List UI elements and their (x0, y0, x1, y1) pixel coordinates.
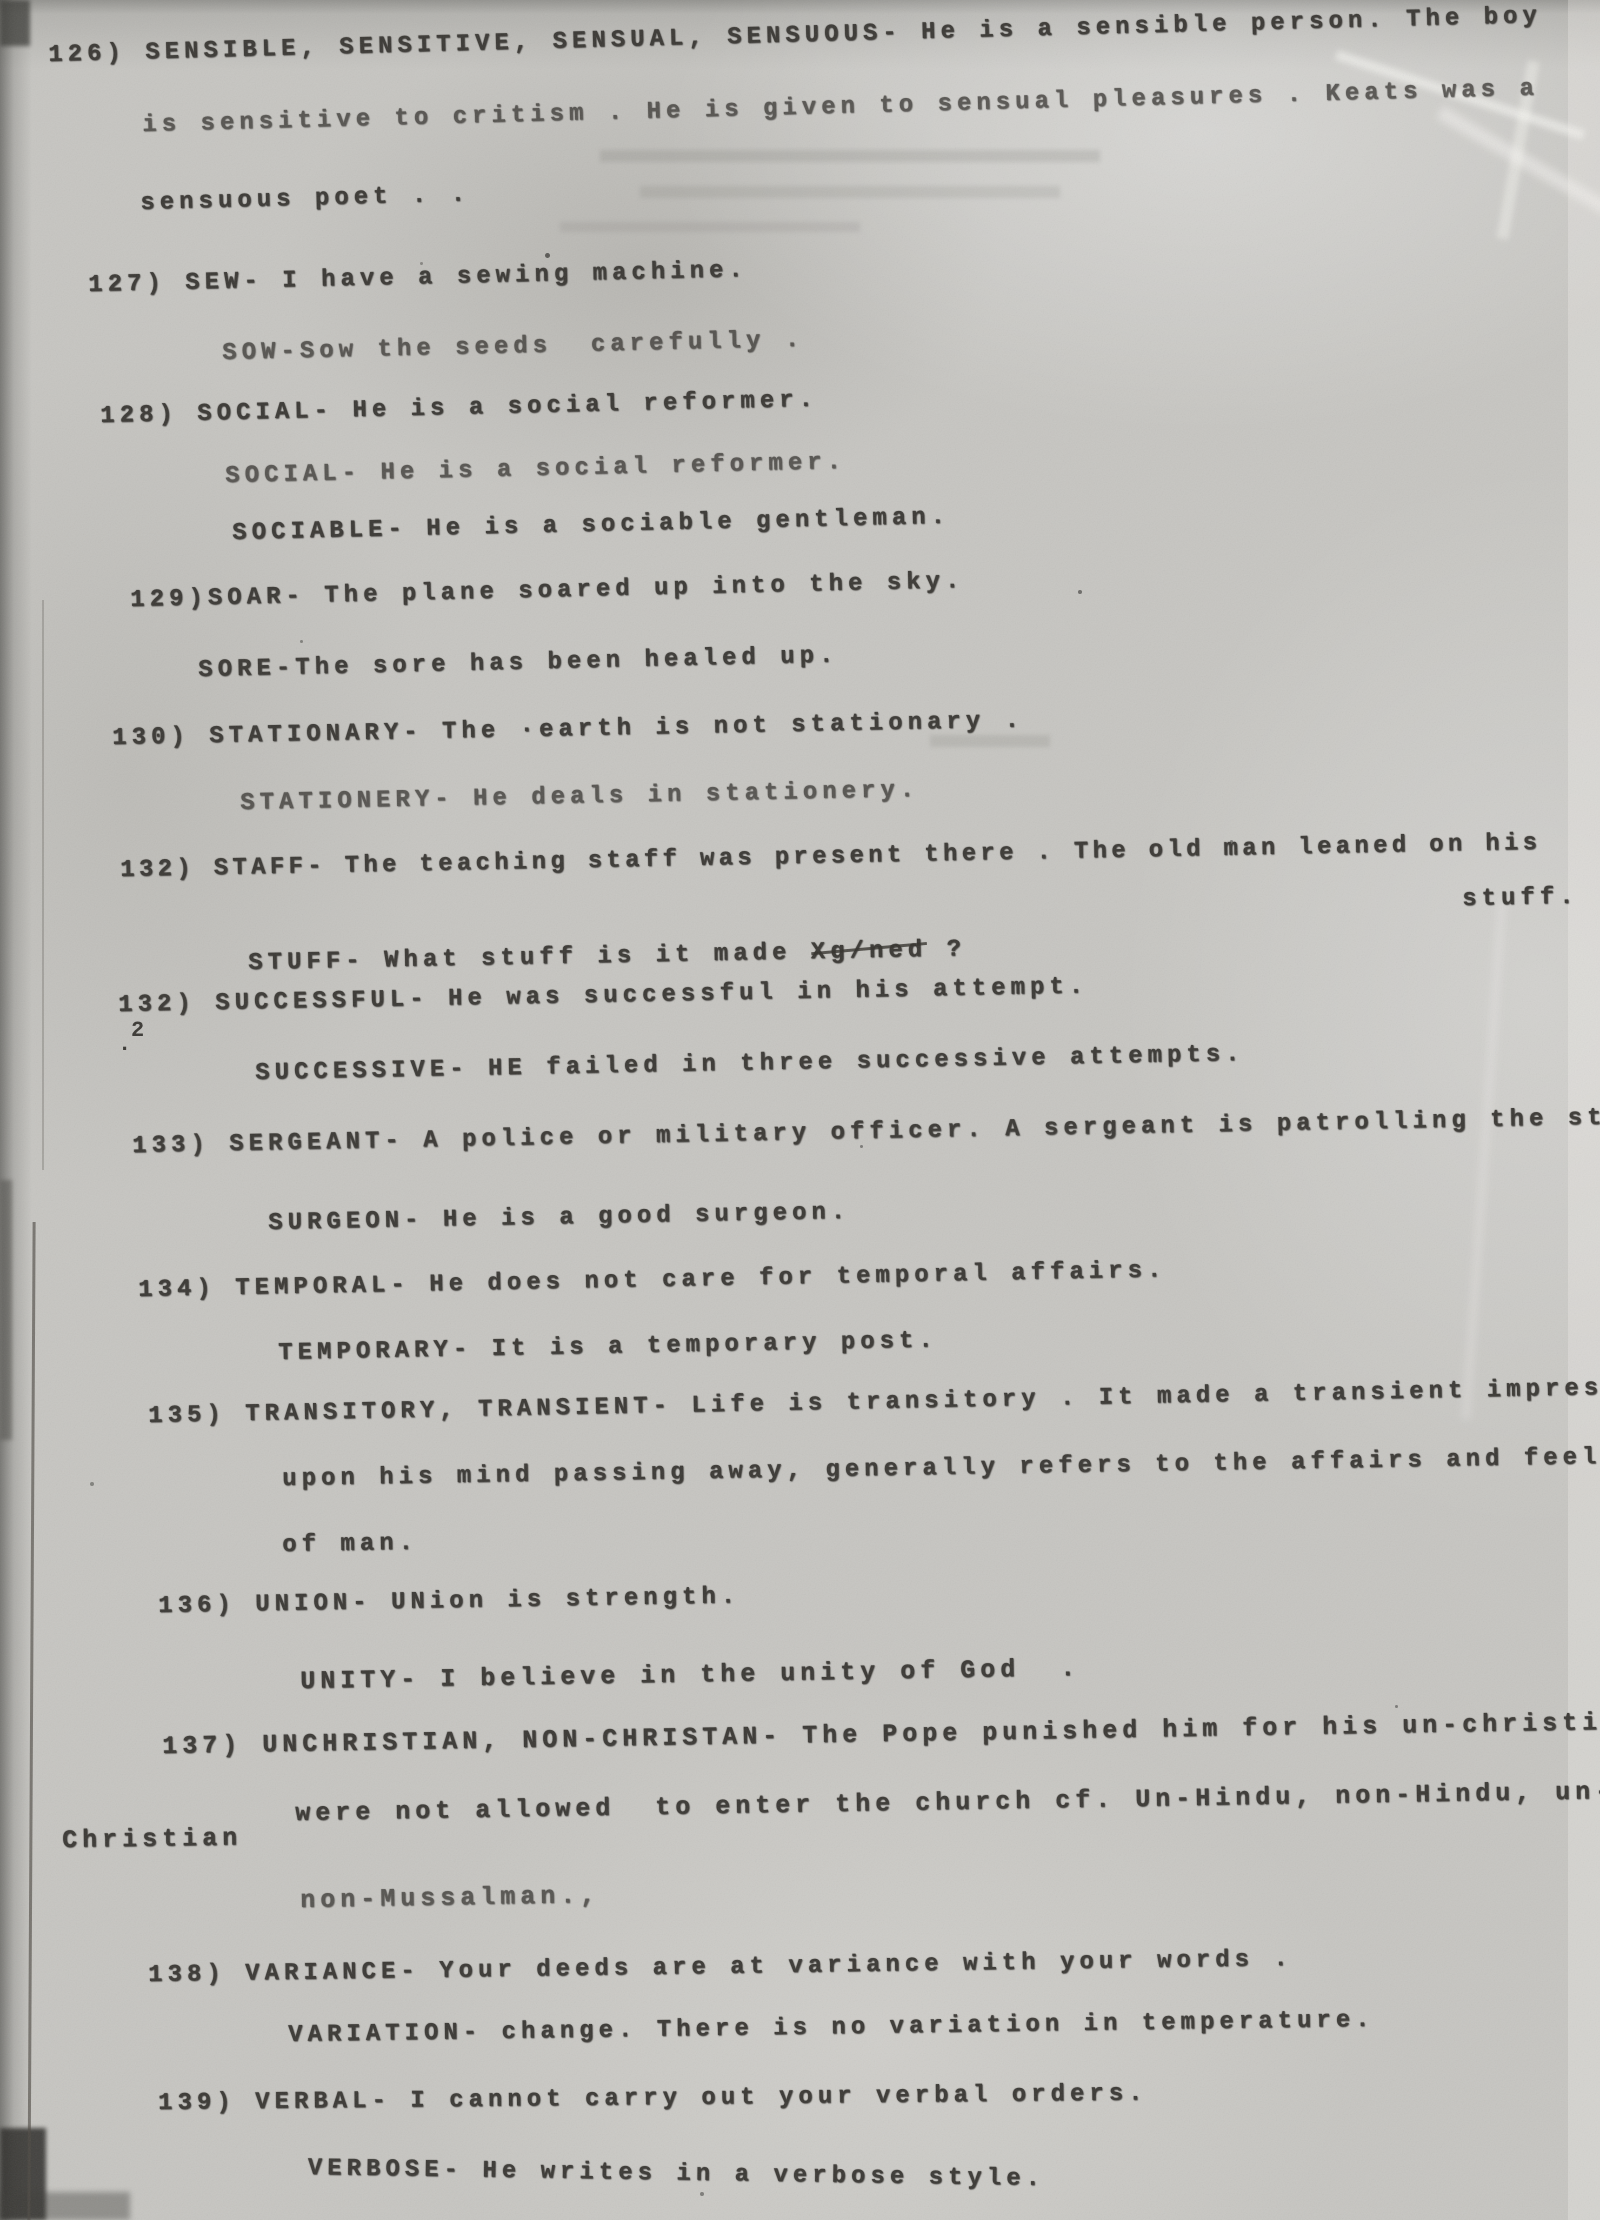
entry-132-stuff: STUFF- What stuff is it made Xg/ned ? (248, 936, 966, 977)
entry-132-staff: 132) STAFF- The teaching staff was prese… (120, 830, 1542, 885)
entry-135-line3: of man. (282, 1530, 418, 1560)
entry-126-line3: sensuous poet . . (140, 181, 470, 217)
entry-138-variance: 138) VARIANCE- Your deeds are at varianc… (148, 1946, 1293, 1990)
entry-136-unity: UNITY- I believe in the unity of God . (300, 1655, 1080, 1697)
entry-128-sociable: SOCIABLE- He is a sociable gentleman. (232, 504, 950, 548)
overstrike-dot: . (118, 1032, 131, 1057)
entry-137-line3: non-Mussalman., (300, 1882, 600, 1916)
entry-137-unchristian: 137) UNCHRISTIAN, NON-CHRISTAN- The Pope… (162, 1707, 1600, 1762)
scanned-page: { "document": { "kind": "typewritten wor… (0, 0, 1600, 2220)
entry-135-line2: upon his mind passing away, generally re… (282, 1443, 1600, 1494)
entry-133-sergeant: 133) SERGEANT- A police or military offi… (132, 1103, 1600, 1160)
entry-128-social-2: SOCIAL- He is a social reformer. (225, 449, 846, 491)
overstrike-digit: 2 (131, 1018, 144, 1043)
entry-134-temporary: TEMPORARY- It is a temporary post. (278, 1327, 938, 1367)
entry-132-staff-wrap: stuff. (1462, 884, 1579, 914)
stuff-text-post: ? (927, 936, 966, 964)
entry-126-line2: is sensitive to critism . He is given to… (142, 75, 1539, 139)
entry-138-variation: VARIATION- change. There is no variation… (288, 2007, 1375, 2050)
entry-129-sore: SORE-The sore has been healed up. (198, 642, 839, 684)
entry-137-line2: were not allowed to enter the church cf.… (295, 1775, 1600, 1829)
entry-139-verbose: VERBOSE- He writes in a verbose style. (308, 2155, 1046, 2194)
entry-127-sow: SOW-Sow the seeds carefully . (222, 327, 805, 368)
entry-130-stationary: 130) STATIONARY- The ·earth is not stati… (112, 707, 1024, 752)
typewritten-text-block: 126) SENSIBLE, SENSITIVE, SENSUAL, SENSU… (0, 0, 1600, 2220)
entry-132-successive: SUCCESSIVE- HE failed in three successiv… (255, 1041, 1245, 1088)
entry-132-successful: 132) SUCCESSFUL- He was successful in hi… (118, 973, 1088, 1019)
entry-126-sensible-line1: 126) SENSIBLE, SENSITIVE, SENSUAL, SENSU… (48, 3, 1542, 70)
entry-139-verbal: 139) VERBAL- I cannot carry out your ver… (158, 2081, 1148, 2118)
entry-135-transitory: 135) TRANSITORY, TRANSIENT- Life is tran… (148, 1374, 1600, 1431)
struck-out-word: Xg/ned (811, 937, 928, 966)
stuff-text-pre: STUFF- What stuff is it made (248, 939, 811, 977)
entry-129-soar: 129)SOAR- The plane soared up into the s… (130, 568, 965, 615)
entry-133-surgeon: SURGEON- He is a good surgeon. (268, 1199, 851, 1238)
entry-134-temporal: 134) TEMPORAL- He does not care for temp… (138, 1257, 1167, 1304)
entry-127-sew: 127) SEW- I have a sewing machine. (88, 257, 748, 300)
entry-128-social-1: 128) SOCIAL- He is a social reformer. (100, 387, 818, 431)
entry-136-union: 136) UNION- UNion is strength. (158, 1583, 740, 1620)
entry-130-stationery: STATIONERY- He deals in stationery. (240, 777, 919, 818)
entry-137-margin-christian: Christian (62, 1824, 242, 1855)
